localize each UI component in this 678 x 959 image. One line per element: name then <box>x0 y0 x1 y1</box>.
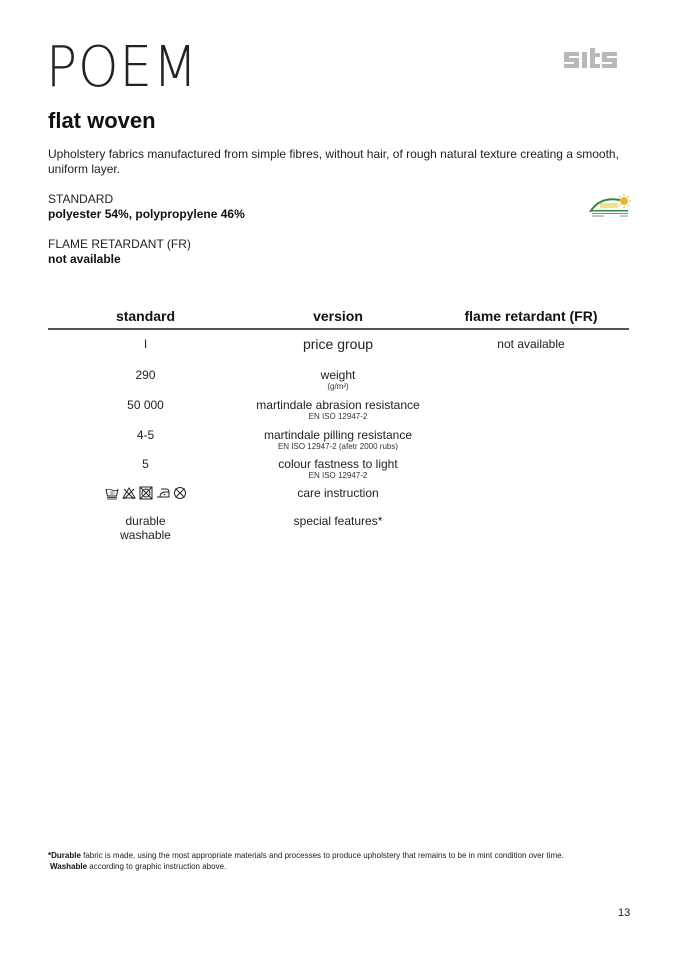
wash-30-gentle-icon: 30 <box>105 486 119 500</box>
product-title: POEM <box>46 36 198 100</box>
fr-value <box>433 428 629 452</box>
header-divider <box>48 328 629 330</box>
table-row: 50 000 martindale abrasion resistance EN… <box>48 398 629 422</box>
footnote-washable-term: Washable <box>50 862 87 871</box>
property-name: martindale abrasion resistance <box>243 398 433 412</box>
oeko-tex-certification-badge-icon <box>586 192 632 222</box>
no-bleach-icon <box>122 486 136 500</box>
special-feature-durable: durable <box>48 514 243 528</box>
property-note: EN ISO 12947-2 <box>243 412 433 422</box>
table-header: standard version flame retardant (FR) <box>48 305 629 327</box>
care-symbols: 30 <box>105 486 187 500</box>
standard-label: STANDARD <box>48 192 245 207</box>
fr-spec: FLAME RETARDANT (FR) not available <box>48 237 191 267</box>
footnote-washable-text: according to graphic instruction above. <box>87 862 226 871</box>
table-row: I price group not available <box>48 337 629 351</box>
table-row: 30 <box>48 486 629 503</box>
standard-value: 5 <box>48 457 243 481</box>
standard-value: 50 000 <box>48 398 243 422</box>
standard-value: 4-5 <box>48 428 243 452</box>
fr-value <box>433 398 629 422</box>
sits-logo <box>563 46 631 70</box>
property-name: care instruction <box>243 486 433 500</box>
footnote-durable-text: fabric is made, using the most appropria… <box>81 851 564 860</box>
fr-value: not available <box>433 337 629 351</box>
property-name: price group <box>243 337 433 351</box>
table-row: durable washable special features* <box>48 514 629 542</box>
product-category: flat woven <box>48 108 156 134</box>
standard-spec: STANDARD polyester 54%, polypropylene 46… <box>48 192 245 222</box>
property-note: (g/m²) <box>243 382 433 392</box>
no-dry-clean-icon <box>173 486 187 500</box>
footnote-durable: *Durable fabric is made, using the most … <box>48 850 564 861</box>
property-name: colour fastness to light <box>243 457 433 471</box>
fr-value <box>433 514 629 542</box>
table-row: 5 colour fastness to light EN ISO 12947-… <box>48 457 629 481</box>
fr-value <box>433 486 629 503</box>
fr-value <box>433 457 629 481</box>
header-standard: standard <box>48 308 243 324</box>
property-name: special features* <box>243 514 433 528</box>
table-row: 4-5 martindale pilling resistance EN ISO… <box>48 428 629 452</box>
footnote-durable-term: *Durable <box>48 851 81 860</box>
header-version: version <box>243 308 433 324</box>
footnote: *Durable fabric is made, using the most … <box>48 850 564 872</box>
iron-low-icon <box>156 486 170 500</box>
fr-value <box>433 368 629 392</box>
property-note: EN ISO 12947-2 (afetr 2000 rubs) <box>243 442 433 452</box>
product-description: Upholstery fabrics manufactured from sim… <box>48 147 628 177</box>
fr-label: FLAME RETARDANT (FR) <box>48 237 191 252</box>
special-feature-washable: washable <box>48 528 243 542</box>
page-number: 13 <box>618 907 630 919</box>
standard-value: 290 <box>48 368 243 392</box>
no-tumble-dry-icon <box>139 486 153 500</box>
fr-availability: not available <box>48 252 191 267</box>
property-name: weight <box>243 368 433 382</box>
table-row: 290 weight (g/m²) <box>48 368 629 392</box>
standard-composition: polyester 54%, polypropylene 46% <box>48 207 245 222</box>
property-note: EN ISO 12947-2 <box>243 471 433 481</box>
standard-value: I <box>48 337 243 351</box>
header-flame-retardant: flame retardant (FR) <box>433 308 629 324</box>
footnote-washable: Washable according to graphic instructio… <box>48 861 564 872</box>
svg-text:30: 30 <box>109 491 115 496</box>
property-name: martindale pilling resistance <box>243 428 433 442</box>
specifications-table: standard version flame retardant (FR) I … <box>48 305 629 330</box>
